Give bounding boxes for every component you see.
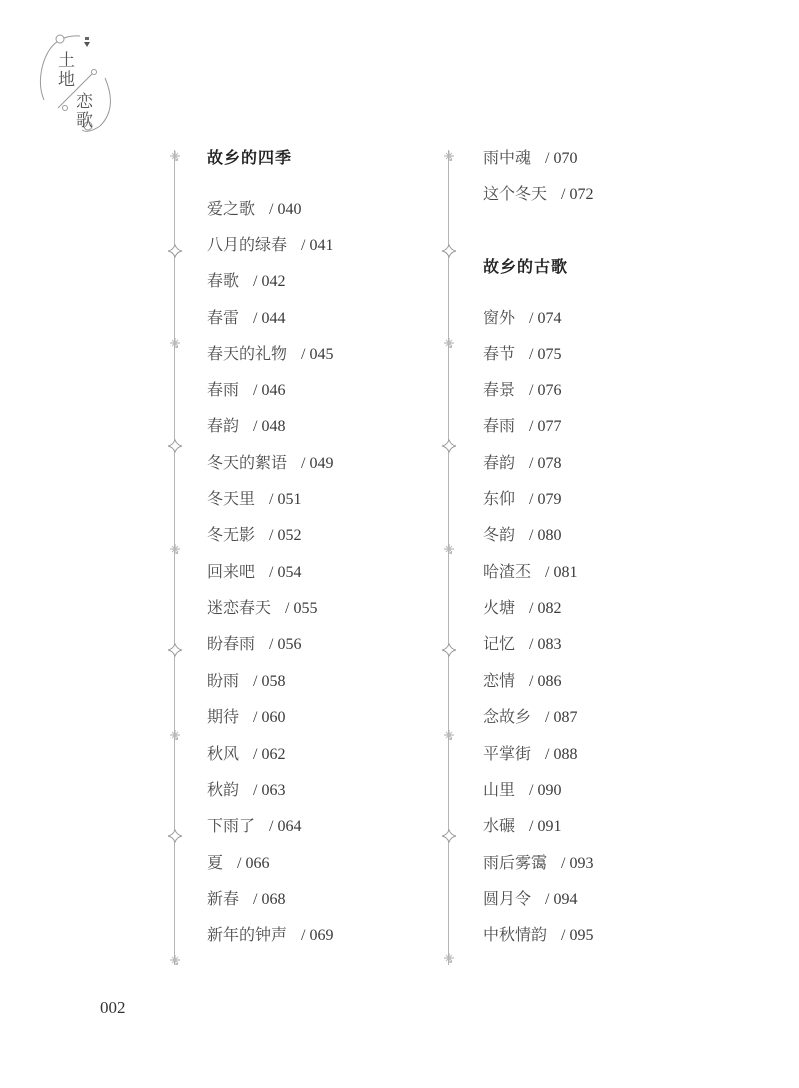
toc-entry[interactable]: 火塘/ 082 [483, 598, 561, 619]
entry-page: / 083 [529, 636, 561, 653]
toc-entry[interactable]: 山里/ 090 [483, 780, 561, 801]
entry-title: 平掌街 [483, 744, 531, 763]
entry-title: 水碾 [483, 816, 515, 835]
toc-entry[interactable]: 水碾/ 091 [483, 816, 561, 837]
toc-entry[interactable]: 中秋情韵/ 095 [483, 925, 593, 946]
toc-entry[interactable]: 春雨/ 077 [483, 416, 561, 437]
entry-page: / 087 [545, 709, 577, 726]
section-heading-ancient-songs: 故乡的古歌 [483, 257, 568, 277]
toc-entry[interactable]: 平掌街/ 088 [483, 744, 577, 765]
entry-page: / 082 [529, 600, 561, 617]
entry-title: 恋情 [483, 671, 515, 690]
toc-entry[interactable]: 春歌/ 042 [207, 271, 285, 292]
entry-title: 冬韵 [483, 525, 515, 544]
toc-entry[interactable]: 夏/ 066 [207, 853, 269, 874]
toc-entry[interactable]: 盼雨/ 058 [207, 671, 285, 692]
entry-page: / 041 [301, 237, 333, 254]
entry-page: / 062 [253, 746, 285, 763]
entry-page: / 052 [269, 527, 301, 544]
entry-title: 火塘 [483, 598, 515, 617]
entry-title: 回来吧 [207, 562, 255, 581]
toc-entry[interactable]: 哈渣丕/ 081 [483, 562, 577, 583]
entry-page: / 063 [253, 782, 285, 799]
entry-page: / 045 [301, 346, 333, 363]
section-heading-four-seasons: 故乡的四季 [207, 148, 292, 168]
entry-title: 迷恋春天 [207, 598, 271, 617]
entry-title: 期待 [207, 707, 239, 726]
entry-title: 哈渣丕 [483, 562, 531, 581]
entry-title: 八月的绿春 [207, 235, 287, 254]
right-timeline-line [448, 150, 449, 965]
entry-page: / 066 [237, 855, 269, 872]
toc-entry[interactable]: 盼春雨/ 056 [207, 634, 301, 655]
entry-title: 山里 [483, 780, 515, 799]
entry-page: / 054 [269, 564, 301, 581]
logo-arcs-icon [30, 28, 120, 138]
entry-title: 盼春雨 [207, 634, 255, 653]
entry-title: 圆月令 [483, 889, 531, 908]
entry-page: / 078 [529, 455, 561, 472]
toc-entry[interactable]: 秋风/ 062 [207, 744, 285, 765]
entry-title: 下雨了 [207, 816, 255, 835]
toc-entry[interactable]: 春景/ 076 [483, 380, 561, 401]
toc-entry[interactable]: 迷恋春天/ 055 [207, 598, 317, 619]
entry-title: 春雨 [207, 380, 239, 399]
toc-entry[interactable]: 爱之歌/ 040 [207, 199, 301, 220]
entry-title: 春天的礼物 [207, 344, 287, 363]
toc-entry[interactable]: 圆月令/ 094 [483, 889, 577, 910]
timeline-ornaments [0, 0, 799, 1088]
toc-entry[interactable]: 冬天的絮语/ 049 [207, 453, 333, 474]
entry-title: 春韵 [483, 453, 515, 472]
book-logo: 土 地 恋 歌 [30, 28, 120, 138]
entry-page: / 075 [529, 346, 561, 363]
toc-entry[interactable]: 雨后雾霭/ 093 [483, 853, 593, 874]
entry-page: / 068 [253, 891, 285, 908]
entry-page: / 040 [269, 201, 301, 218]
toc-entry[interactable]: 春天的礼物/ 045 [207, 344, 333, 365]
entry-page: / 048 [253, 418, 285, 435]
left-timeline-line [174, 150, 175, 965]
entry-page: / 081 [545, 564, 577, 581]
toc-entry[interactable]: 冬天里/ 051 [207, 489, 301, 510]
entry-page: / 064 [269, 818, 301, 835]
toc-entry[interactable]: 冬无影/ 052 [207, 525, 301, 546]
entry-title: 爱之歌 [207, 199, 255, 218]
entry-page: / 060 [253, 709, 285, 726]
entry-title: 秋韵 [207, 780, 239, 799]
toc-entry[interactable]: 新年的钟声/ 069 [207, 925, 333, 946]
entry-page: / 074 [529, 310, 561, 327]
logo-char: 歌 [76, 113, 93, 130]
entry-page: / 077 [529, 418, 561, 435]
page-number: 002 [100, 998, 126, 1018]
entry-page: / 046 [253, 382, 285, 399]
entry-page: / 086 [529, 673, 561, 690]
toc-entry[interactable]: 期待/ 060 [207, 707, 285, 728]
toc-entry[interactable]: 冬韵/ 080 [483, 525, 561, 546]
entry-title: 秋风 [207, 744, 239, 763]
toc-entry[interactable]: 春韵/ 048 [207, 416, 285, 437]
entry-title: 春雷 [207, 308, 239, 327]
entry-title: 念故乡 [483, 707, 531, 726]
toc-entry[interactable]: 这个冬天/ 072 [483, 184, 593, 205]
toc-entry[interactable]: 秋韵/ 063 [207, 780, 285, 801]
entry-title: 中秋情韵 [483, 925, 547, 944]
entry-page: / 079 [529, 491, 561, 508]
entry-title: 春节 [483, 344, 515, 363]
logo-char: 地 [58, 72, 75, 89]
entry-title: 记忆 [483, 634, 515, 653]
entry-page: / 080 [529, 527, 561, 544]
entry-page: / 049 [301, 455, 333, 472]
toc-entry[interactable]: 新春/ 068 [207, 889, 285, 910]
logo-char: 恋 [76, 94, 93, 111]
entry-page: / 088 [545, 746, 577, 763]
toc-entry[interactable]: 春韵/ 078 [483, 453, 561, 474]
entry-title: 春景 [483, 380, 515, 399]
toc-entry[interactable]: 下雨了/ 064 [207, 816, 301, 837]
entry-title: 春雨 [483, 416, 515, 435]
entry-page: / 069 [301, 927, 333, 944]
entry-title: 这个冬天 [483, 184, 547, 203]
toc-entry[interactable]: 春雷/ 044 [207, 308, 285, 329]
entry-page: / 076 [529, 382, 561, 399]
toc-entry[interactable]: 恋情/ 086 [483, 671, 561, 692]
toc-entry[interactable]: 雨中魂/ 070 [483, 148, 577, 169]
entry-page: / 090 [529, 782, 561, 799]
entry-title: 新年的钟声 [207, 925, 287, 944]
entry-page: / 072 [561, 186, 593, 203]
entry-page: / 042 [253, 273, 285, 290]
entry-page: / 044 [253, 310, 285, 327]
entry-page: / 070 [545, 150, 577, 167]
entry-title: 冬天的絮语 [207, 453, 287, 472]
entry-page: / 056 [269, 636, 301, 653]
toc-entry[interactable]: 窗外/ 074 [483, 308, 561, 329]
entry-page: / 095 [561, 927, 593, 944]
toc-entry[interactable]: 记忆/ 083 [483, 634, 561, 655]
entry-page: / 051 [269, 491, 301, 508]
entry-page: / 094 [545, 891, 577, 908]
entry-title: 窗外 [483, 308, 515, 327]
entry-title: 雨中魂 [483, 148, 531, 167]
entry-page: / 091 [529, 818, 561, 835]
entry-page: / 058 [253, 673, 285, 690]
toc-entry[interactable]: 回来吧/ 054 [207, 562, 301, 583]
entry-title: 春韵 [207, 416, 239, 435]
entry-title: 新春 [207, 889, 239, 908]
logo-char: 土 [58, 53, 75, 70]
entry-title: 夏 [207, 853, 223, 872]
toc-entry[interactable]: 东仰/ 079 [483, 489, 561, 510]
entry-title: 雨后雾霭 [483, 853, 547, 872]
entry-title: 盼雨 [207, 671, 239, 690]
entry-title: 东仰 [483, 489, 515, 508]
toc-entry[interactable]: 春节/ 075 [483, 344, 561, 365]
entry-title: 冬无影 [207, 525, 255, 544]
toc-entry[interactable]: 八月的绿春/ 041 [207, 235, 333, 256]
toc-entry[interactable]: 春雨/ 046 [207, 380, 285, 401]
toc-entry[interactable]: 念故乡/ 087 [483, 707, 577, 728]
entry-title: 冬天里 [207, 489, 255, 508]
entry-page: / 055 [285, 600, 317, 617]
entry-title: 春歌 [207, 271, 239, 290]
entry-page: / 093 [561, 855, 593, 872]
